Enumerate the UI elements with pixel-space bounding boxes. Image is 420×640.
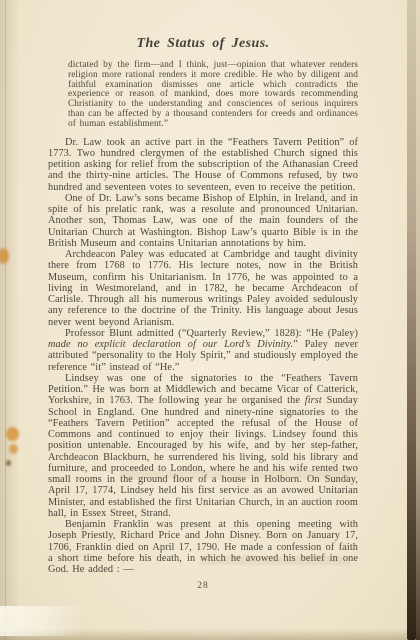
paragraph-blunt: Professor Blunt admitted (“Quarterly Rev… — [48, 328, 358, 373]
ink-ghost-mark — [200, 556, 350, 565]
paragraph-franklin: Benjamin Franklin was present at this op… — [48, 519, 358, 575]
ink-ghost-mark — [120, 470, 350, 479]
paragraph-lindsey-post: Sunday School in England. One hundred an… — [48, 395, 358, 519]
page-number: 28 — [48, 581, 358, 591]
book-edge-outer — [416, 0, 420, 640]
paragraph-paley: Archdeacon Paley was educated at Cambrid… — [48, 249, 358, 328]
paragraph-law-petition: Dr. Law took an active part in the “Feat… — [48, 137, 358, 193]
text-block: The Status of Jesus. dictated by the fir… — [48, 36, 358, 575]
paragraph-opening-quote: dictated by the firm—and I think, just—o… — [68, 61, 358, 130]
foxing-spot — [9, 444, 18, 454]
page-edge-left-shadow — [0, 0, 18, 640]
paragraph-blunt-pre: Professor Blunt admitted (“Quarterly Rev… — [65, 328, 358, 339]
foxing-spot — [6, 427, 19, 441]
paragraph-law-sons: One of Dr. Law’s sons became Bishop of E… — [48, 193, 358, 249]
paragraph-blunt-italic: made no explicit declaration of our Lord… — [48, 339, 293, 350]
corner-fold-highlight — [0, 606, 150, 636]
paragraph-lindsey-italic: first — [305, 395, 322, 406]
book-spine-edge — [407, 0, 416, 640]
paragraph-lindsey: Lindsey was one of the signatories to th… — [48, 373, 358, 519]
book-page: The Status of Jesus. dictated by the fir… — [0, 0, 420, 640]
page-title: The Status of Jesus. — [48, 36, 358, 52]
page-crease-line — [5, 0, 6, 640]
foxing-spot — [6, 460, 11, 466]
